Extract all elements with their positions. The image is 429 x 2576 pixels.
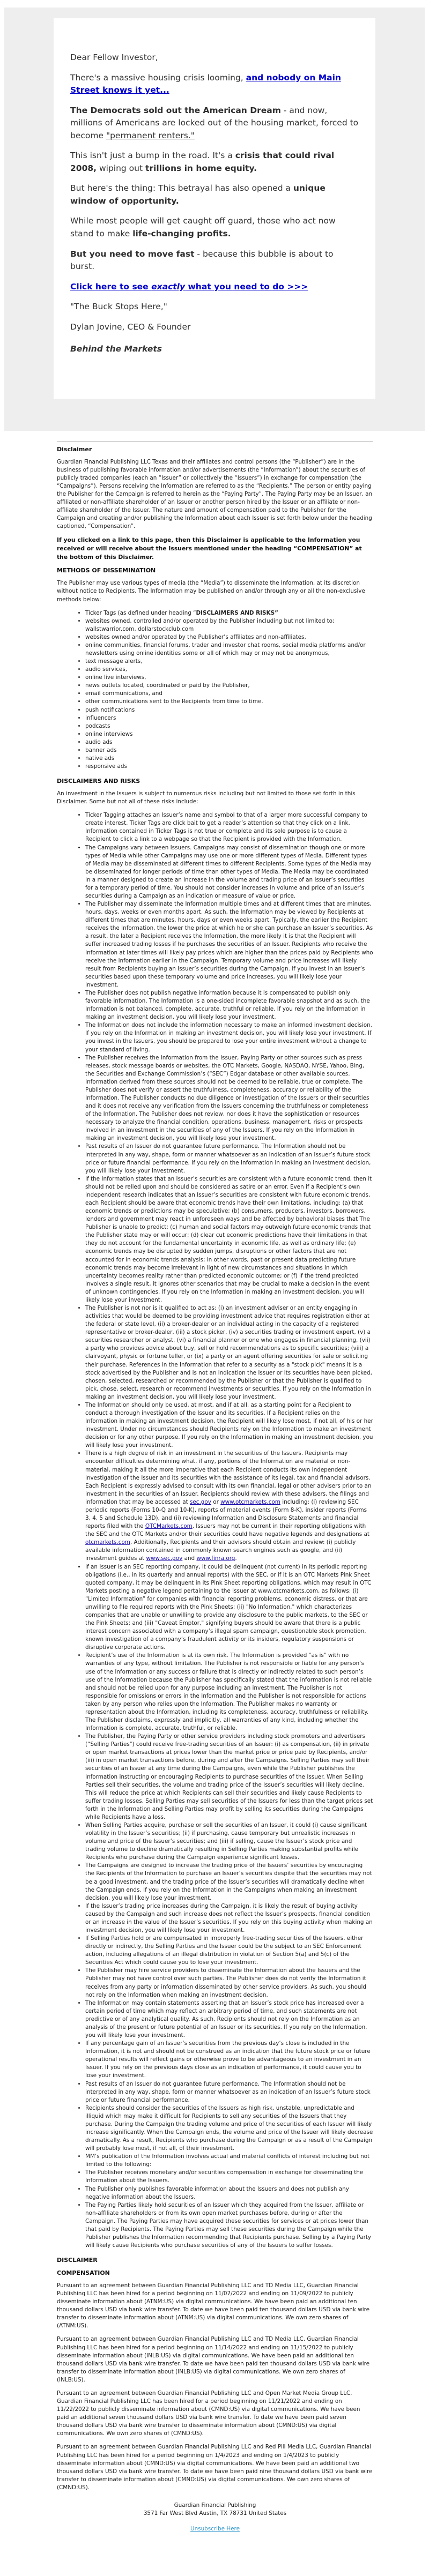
methods-item: native ads: [85, 755, 373, 763]
methods-item: online live interviews,: [85, 674, 373, 682]
footer-company: Guardian Financial Publishing: [57, 2502, 373, 2510]
risk-item-sec-links: There is a high degree of risk in an inv…: [85, 1450, 373, 1563]
risk-item: The Information does not include the inf…: [85, 1021, 373, 1054]
methods-item: podcasts: [85, 722, 373, 730]
sec-gov-link[interactable]: sec.gov: [190, 1499, 211, 1505]
methods-heading: METHODS OF DISSEMINATION: [57, 566, 373, 575]
signature: Dylan Jovine, CEO & Founder: [70, 321, 359, 334]
finra-link[interactable]: www.finra.org: [196, 1555, 235, 1562]
methods-item: responsive ads: [85, 763, 373, 771]
risk-item: Recipient’s use of the Information is at…: [85, 1652, 373, 1733]
risk-item: When Selling Parties acquire, purchase o…: [85, 1821, 373, 1862]
risk-item: Ticker Tagging attaches an Issuer’s name…: [85, 811, 373, 843]
signoff: "The Buck Stops Here,": [70, 301, 359, 313]
footer-address: 3571 Far West Blvd Austin, TX 78731 Unit…: [57, 2510, 373, 2518]
risk-item: The Publisher only publishes favorable i…: [85, 2185, 373, 2201]
risks-heading: DISCLAIMERS AND RISKS: [57, 777, 373, 786]
methods-item: other communications sent to the Recipie…: [85, 698, 373, 706]
methods-intro: The Publisher may use various types of m…: [57, 579, 373, 603]
methods-list: Ticker Tags (as defined under heading “D…: [57, 609, 373, 771]
risk-item: The Publisher does not publish negative …: [85, 989, 373, 1021]
compensation-entry: Pursuant to an agreement between Guardia…: [57, 2335, 373, 2384]
methods-item: news outlets located, coordinated or pai…: [85, 682, 373, 690]
paragraph-crisis: There's a massive housing crisis looming…: [70, 72, 359, 97]
risks-intro: An investment in the Issuers is subject …: [57, 790, 373, 806]
methods-item: online interviews: [85, 730, 373, 738]
risk-item: MM’s publication of the Information invo…: [85, 2153, 373, 2169]
risk-item: The Campaigns vary between Issuers. Camp…: [85, 844, 373, 901]
cta-italic: exactly: [151, 282, 185, 292]
move-fast-bold: But you need to move fast: [70, 249, 195, 259]
paragraph-profits: While most people will get caught off gu…: [70, 215, 359, 240]
compensation-entry: Pursuant to an agreement between Guardia…: [57, 2443, 373, 2491]
risk-text: There is a high degree of risk in an inv…: [85, 1450, 371, 1505]
paragraph-bump: This isn't just a bump in the road. It's…: [70, 150, 359, 175]
risk-item: If any percentage gain of an Issuer’s se…: [85, 2040, 373, 2080]
risk-item: The Information may contain statements a…: [85, 1999, 373, 2040]
compensation-entry: Pursuant to an agreement between Guardia…: [57, 2282, 373, 2330]
disclaimer-section: Disclaimer Guardian Financial Publishing…: [54, 442, 375, 2576]
email-card: Dear Fellow Investor, There's a massive …: [54, 18, 375, 399]
risk-item: Past results of an Issuer do not guarant…: [85, 1143, 373, 1175]
methods-item: Ticker Tags (as defined under heading “D…: [85, 609, 373, 617]
risk-item: The Paying Parties likely hold securitie…: [85, 2201, 373, 2250]
risk-item: Recipients should consider the securitie…: [85, 2104, 373, 2153]
methods-item: banner ads: [85, 746, 373, 755]
methods-item: audio services,: [85, 666, 373, 674]
risk-item: If the Issuer’s trading price increases …: [85, 1902, 373, 1935]
disclaimer-heading: DISCLAIMER: [57, 2256, 373, 2265]
cta-part-1: Click here to see: [70, 282, 151, 292]
paragraph-move-fast: But you need to move fast - because this…: [70, 248, 359, 273]
disclaimer-bold-notice: If you clicked on a link to this page, t…: [57, 536, 373, 561]
www-sec-gov-link[interactable]: www.sec.gov: [146, 1555, 183, 1562]
methods-item-bold: DISCLAIMERS AND RISKS”: [196, 610, 278, 616]
otcmarkets-com-link[interactable]: OTCMarkets.com: [145, 1523, 193, 1529]
risk-item: The Publisher, the Paying Party or other…: [85, 1733, 373, 1821]
paragraph-democrats: The Democrats sold out the American Drea…: [70, 104, 359, 143]
risk-item: If Selling Parties hold or are compensat…: [85, 1935, 373, 1967]
disclaimer-title: Disclaimer: [57, 445, 373, 454]
methods-item: push notifications: [85, 706, 373, 714]
permanent-renters-underlined: "permanent renters.": [106, 131, 195, 140]
risk-item: The Publisher receives monetary and/or s…: [85, 2169, 373, 2185]
risk-item: The Publisher receives the Information f…: [85, 1054, 373, 1143]
compensation-heading: COMPENSATION: [57, 2269, 373, 2278]
profits-bold: life-changing profits.: [132, 229, 231, 238]
cta-paragraph: Click here to see exactly what you need …: [70, 281, 359, 294]
bump-bold-2: trillions in home equity.: [145, 163, 257, 173]
methods-item: text message alerts,: [85, 658, 373, 666]
bump-text-2: wiping out: [97, 163, 145, 173]
risk-item: The Information should only be used, at …: [85, 1401, 373, 1450]
risks-list: Ticker Tagging attaches an Issuer’s name…: [57, 811, 373, 2250]
otcmarkets-link[interactable]: otcmarkets.com: [85, 1539, 130, 1545]
bottom-spacer: [57, 2538, 373, 2576]
methods-item: online communities, financial forums, tr…: [85, 641, 373, 658]
risk-item: The Publisher is not nor is it qualified…: [85, 1304, 373, 1401]
risk-text: and: [182, 1555, 196, 1562]
disclaimer-intro: Guardian Financial Publishing LLC Texas …: [57, 458, 373, 531]
risk-item: The Publisher may disseminate the Inform…: [85, 900, 373, 989]
email-background: Dear Fellow Investor, There's a massive …: [4, 8, 425, 431]
methods-item: influencers: [85, 714, 373, 722]
risk-item: If the Information states that an Issuer…: [85, 1175, 373, 1304]
risk-item: The Campaigns are designed to increase t…: [85, 1862, 373, 1902]
greeting: Dear Fellow Investor,: [70, 51, 359, 64]
brand-name: Behind the Markets: [70, 343, 359, 356]
cta-part-2: what you need to do >>>: [185, 282, 308, 292]
compensation-entry: Pursuant to an agreement between Guardia…: [57, 2390, 373, 2438]
methods-item-text: Ticker Tags (as defined under heading “: [85, 610, 196, 616]
methods-item: websites owned, controlled and/or operat…: [85, 617, 373, 633]
bump-text-1: This isn't just a bump in the road. It's…: [70, 151, 235, 160]
risk-item: If an Issuer is an SEC reporting company…: [85, 1563, 373, 1652]
otcmarkets-www-link[interactable]: www.otcmarkets.com: [220, 1499, 280, 1505]
cta-link[interactable]: Click here to see exactly what you need …: [70, 282, 308, 292]
footer: Guardian Financial Publishing 3571 Far W…: [57, 2502, 373, 2533]
unsubscribe-link[interactable]: Unsubscribe Here: [190, 2525, 240, 2533]
risk-item: The Publisher may hire service providers…: [85, 1967, 373, 1999]
risk-item: Past results of an Issuer do not guarant…: [85, 2080, 373, 2104]
methods-item: websites owned and/or operated by the Pu…: [85, 633, 373, 641]
separator: [57, 442, 373, 442]
methods-item: email communications, and: [85, 690, 373, 698]
paragraph-betrayal: But here's the thing: This betrayal has …: [70, 182, 359, 207]
betrayal-text: But here's the thing: This betrayal has …: [70, 183, 293, 193]
crisis-text: There's a massive housing crisis looming…: [70, 73, 246, 83]
methods-item: audio ads: [85, 738, 373, 746]
risk-text: or: [211, 1499, 220, 1505]
democrats-bold: The Democrats sold out the American Drea…: [70, 106, 281, 115]
risk-text: .: [235, 1555, 236, 1562]
